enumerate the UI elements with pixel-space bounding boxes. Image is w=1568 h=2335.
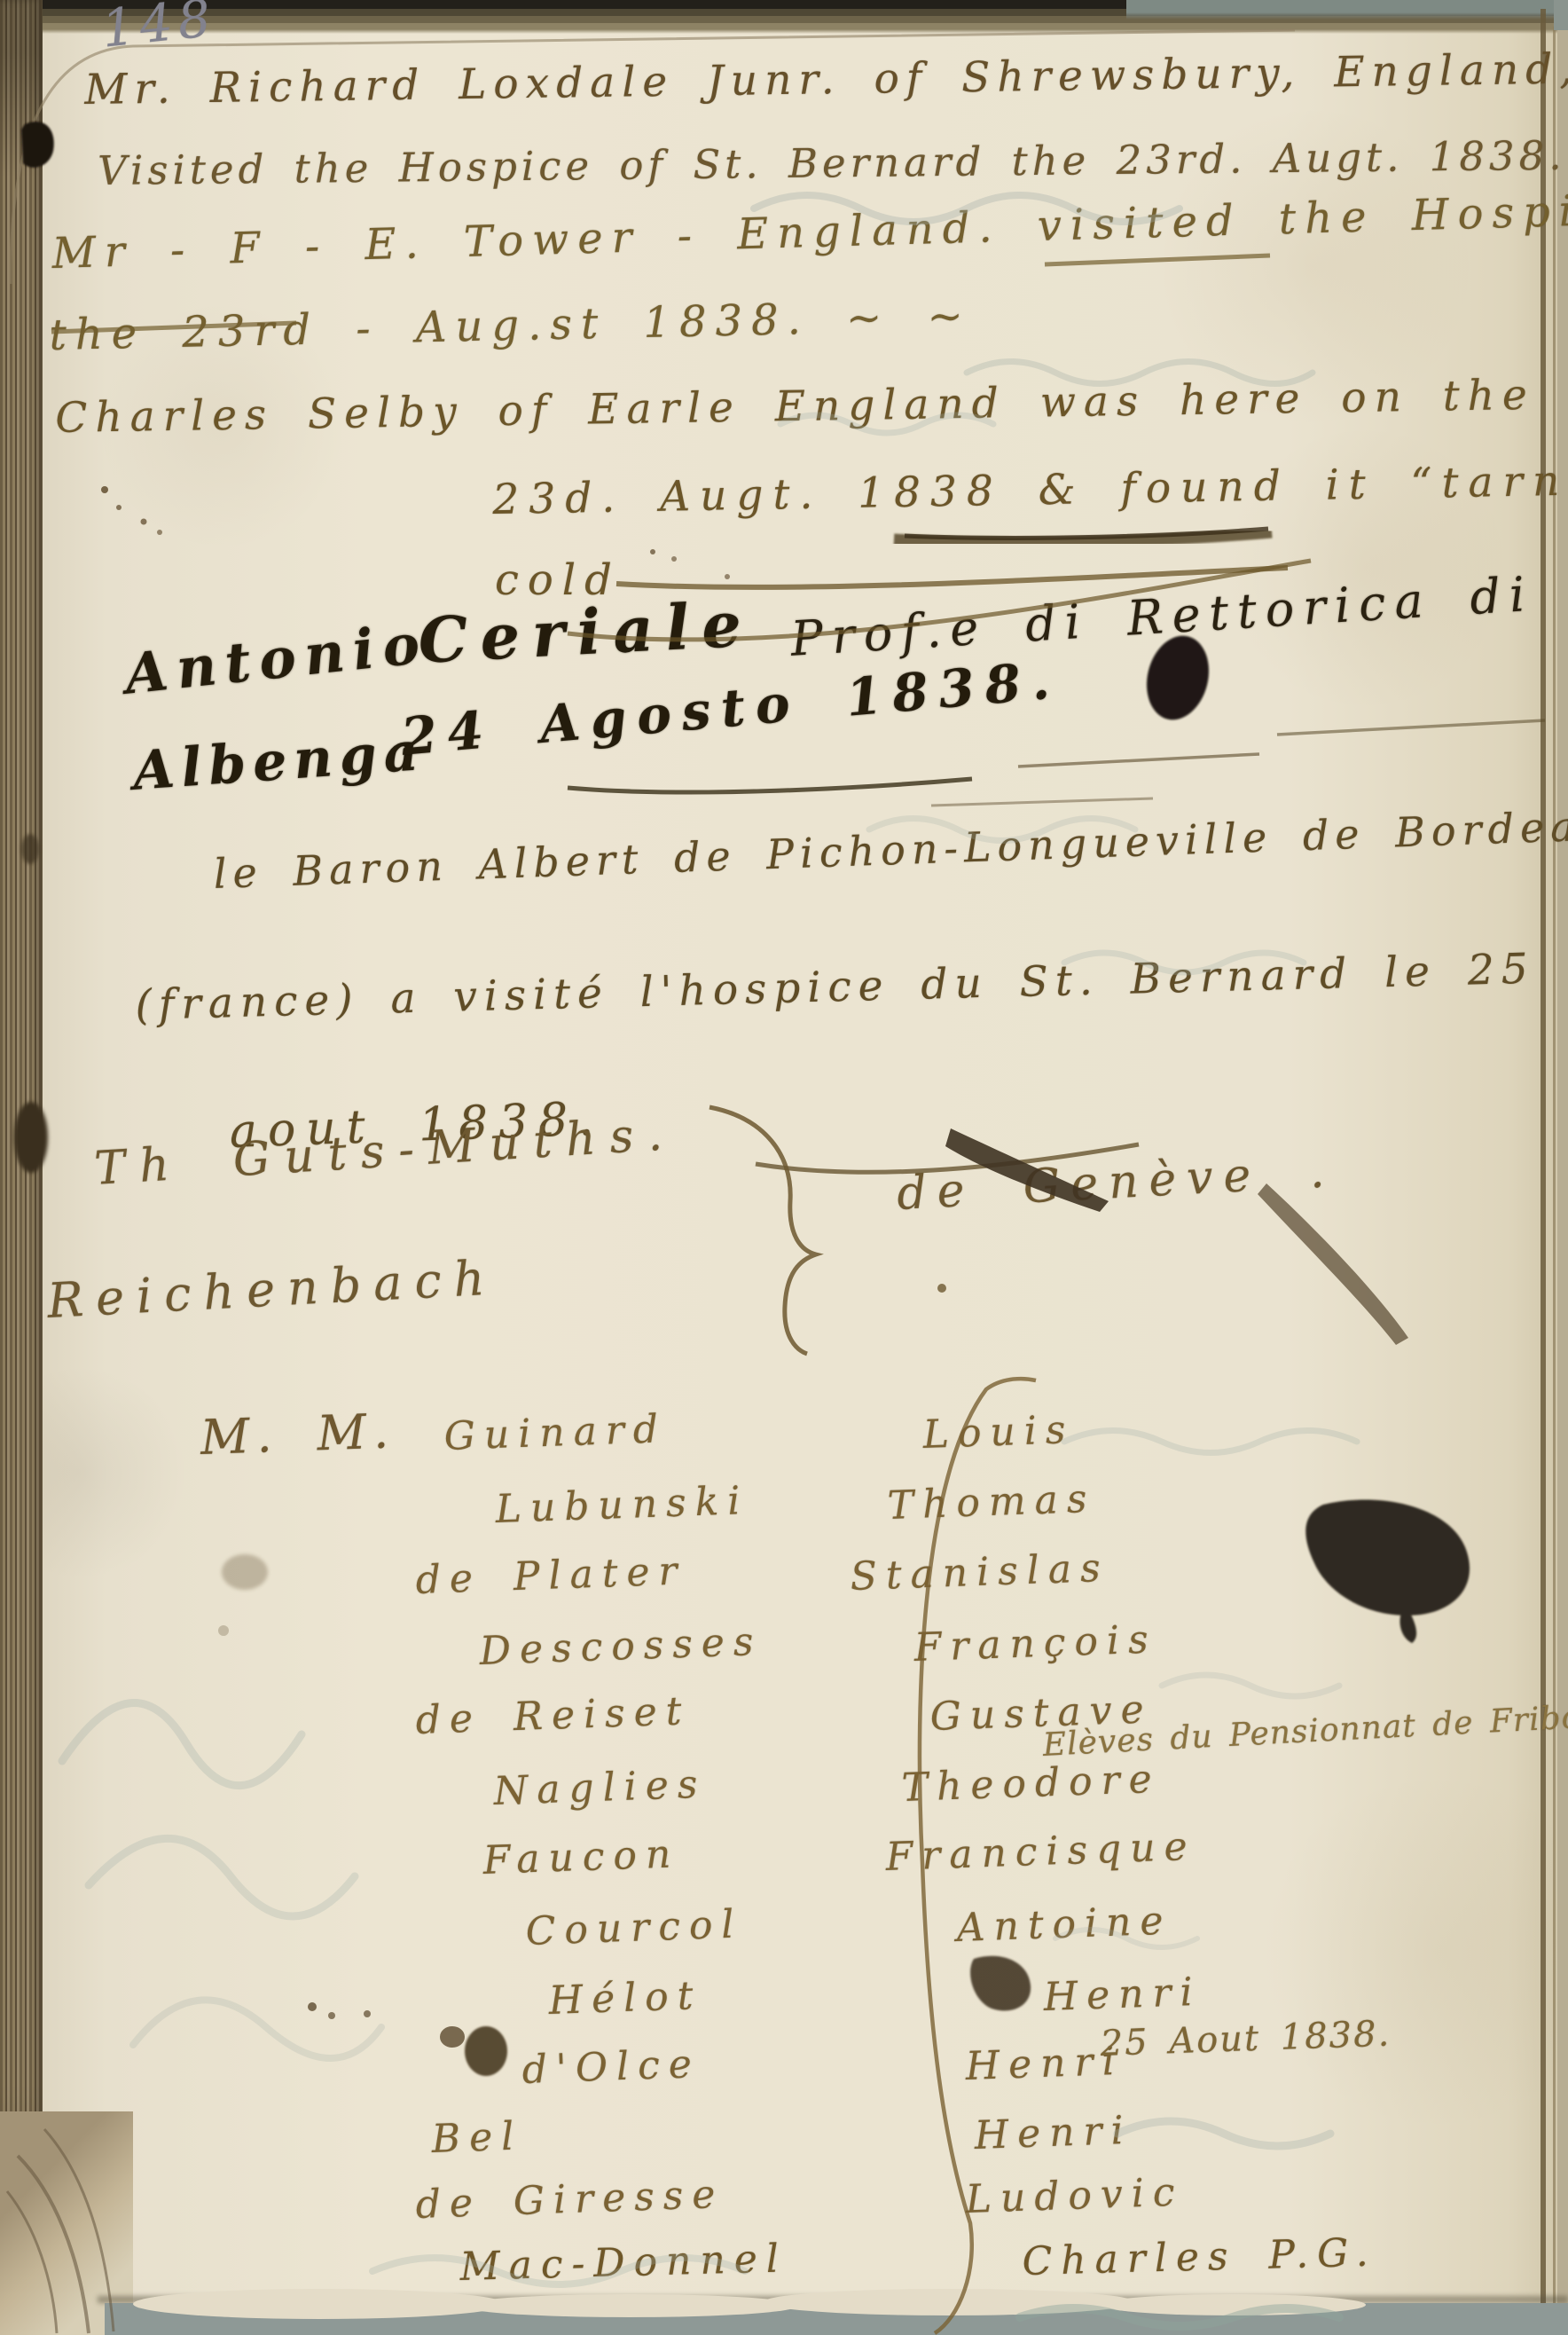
- brace-fribourg-list: [920, 1379, 1036, 2333]
- ink-decorations: [0, 0, 1568, 2335]
- guestbook-page: 148 Mr. Richard Loxdale Junr. of Shrewsb…: [0, 0, 1568, 2335]
- strike-mark: [1045, 256, 1270, 264]
- ink-dot: [101, 486, 108, 493]
- ink-dot: [157, 530, 162, 535]
- underline-ceriale-date: [568, 779, 972, 792]
- bleedthrough-text: [62, 195, 1357, 2284]
- ink-dot: [937, 1284, 946, 1293]
- ink-dot: [218, 1625, 229, 1636]
- ink-dot: [308, 2002, 317, 2011]
- ink-blot-courcol: [465, 2026, 507, 2076]
- ink-blot-courcol-2: [440, 2026, 465, 2048]
- ink-blot-rettorica: [1138, 629, 1217, 727]
- dash-right: [1018, 754, 1259, 767]
- ink-dot: [141, 519, 147, 525]
- ink-blot-margin: [21, 122, 54, 168]
- flourish-aout: [756, 1144, 1139, 1172]
- smudge: [222, 1554, 268, 1590]
- ink-dot: [671, 556, 677, 562]
- ink-dot: [650, 549, 655, 554]
- corner-creases: [7, 2129, 114, 2333]
- flourish-stroke: [945, 1128, 1109, 1212]
- ink-dot: [116, 505, 122, 510]
- strike-mark: [51, 323, 296, 332]
- ink-dot: [364, 2010, 371, 2017]
- page-corner-border: [11, 30, 1295, 284]
- ink-dot: [328, 2012, 335, 2019]
- ink-dot: [725, 574, 730, 579]
- brace-gutsmuths: [710, 1107, 816, 1354]
- bleedthrough-text-green: [1020, 2308, 1339, 2326]
- ink-blot-thomas: [1305, 1500, 1470, 1643]
- dash-right: [931, 798, 1153, 806]
- flourish-stroke: [1258, 1183, 1408, 1345]
- ink-blot-helot: [970, 1956, 1031, 2011]
- dash-right: [1277, 720, 1545, 735]
